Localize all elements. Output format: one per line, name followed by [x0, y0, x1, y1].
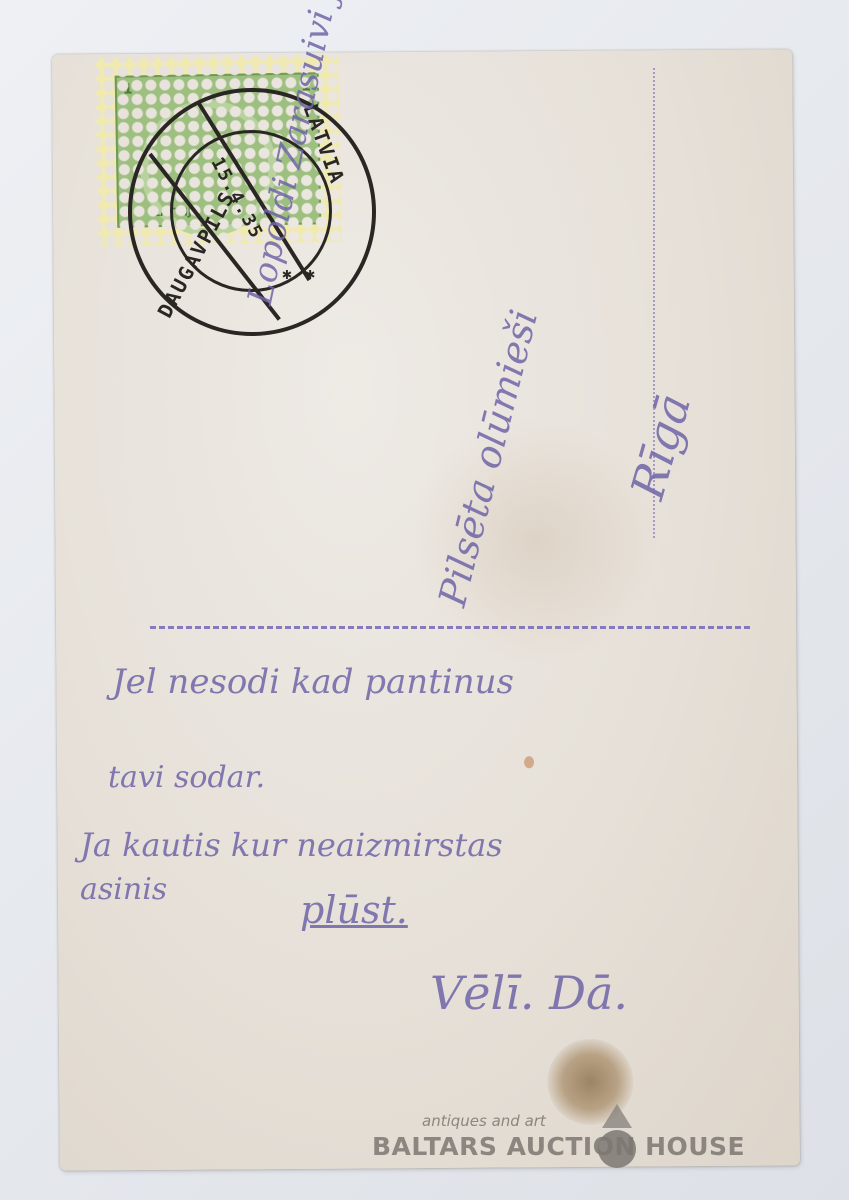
message-line-3: Ja kautis kur neaizmirstas — [80, 826, 503, 864]
watermark-tagline: antiques and art — [422, 1112, 546, 1130]
watermark-crown-icon — [602, 1104, 632, 1128]
message-line-5: plūst. — [300, 888, 408, 932]
foxing-spot — [524, 756, 534, 768]
message-line-4: asinis — [80, 872, 167, 907]
message-line-2: tavi sodar. — [108, 760, 265, 795]
section-divider — [150, 626, 750, 629]
watermark-brand: BALTARS AUCTION HOUSE — [372, 1132, 745, 1161]
message-signature: Vēlī. Dā. — [430, 966, 628, 1020]
message-line-1: Jel nesodi kad pantinus — [112, 662, 514, 702]
stamp-value-left: 1 — [123, 81, 133, 97]
